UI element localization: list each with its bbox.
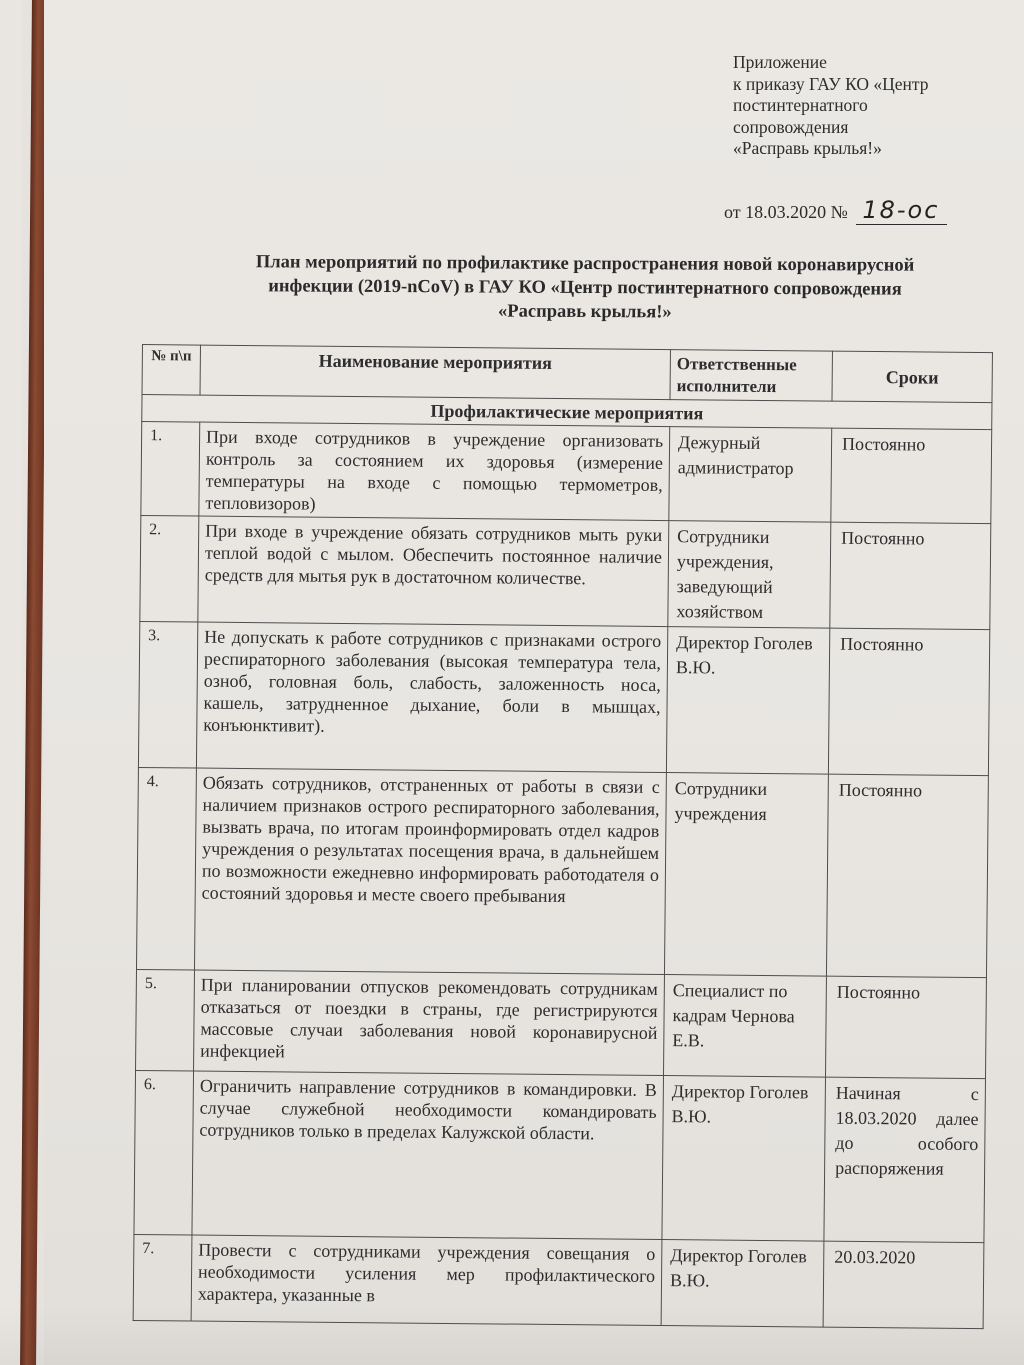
appendix-line: сопровождения [733, 117, 993, 139]
measures-table: № п\п Наименование мероприятия Ответстве… [133, 344, 992, 1329]
header-terms: Сроки [832, 351, 992, 403]
row-number: 4. [136, 767, 196, 970]
row-responsible: Директор Гоголев В.Ю. [661, 1240, 824, 1328]
table-row: 4. Обязать сотрудников, отстраненных от … [136, 767, 988, 977]
row-description: При входе в учреждение обязать сотрудник… [198, 516, 669, 627]
appendix-line: постинтернатного [733, 95, 993, 117]
table-row: 2. При входе в учреждение обязать сотруд… [140, 515, 991, 629]
row-terms: Постоянно [828, 628, 989, 776]
row-terms: 20.03.2020 [823, 1241, 984, 1329]
row-description: Ограничить направление сотрудников в ком… [192, 1071, 664, 1240]
order-date: от 18.03.2020 № [724, 202, 848, 222]
row-responsible: Директор Гоголев В.Ю. [662, 1076, 826, 1242]
row-responsible: Сотрудники учреждения, заведующий хозяйс… [668, 521, 831, 629]
appendix-line: к приказу ГАУ КО «Центр [733, 74, 993, 96]
row-terms: Постоянно [831, 428, 992, 524]
header-name: Наименование мероприятия [200, 345, 670, 400]
table-header-row: № п\п Наименование мероприятия Ответстве… [142, 345, 992, 403]
title-line: «Расправь крылья!» [190, 298, 980, 326]
row-terms: Постоянно [825, 976, 986, 1079]
order-reference: от 18.03.2020 № 18-ос [724, 196, 947, 225]
row-responsible: Дежурный администратор [669, 427, 832, 523]
row-description: Обязать сотрудников, отстраненных от раб… [194, 768, 666, 975]
table-row: 5. При планировании отпусков рекомендова… [136, 969, 987, 1078]
row-description: Не допускать к работе сотрудников с приз… [196, 622, 667, 773]
appendix-line: Приложение [733, 52, 993, 74]
header-responsible: Ответственные исполнители [670, 350, 832, 402]
row-number: 2. [140, 515, 199, 622]
row-terms: Начиная с 18.03.2020 далее до особого ра… [824, 1077, 986, 1243]
row-responsible: Сотрудники учреждения [664, 773, 828, 977]
table-row: 7. Провести с сотрудниками учреждения со… [133, 1234, 984, 1328]
row-responsible: Директор Гоголев В.Ю. [666, 627, 829, 775]
row-number: 7. [133, 1234, 192, 1321]
appendix-header: Приложение к приказу ГАУ КО «Центр пости… [733, 52, 993, 160]
table-row: 3. Не допускать к работе сотрудников с п… [138, 621, 989, 775]
row-responsible: Специалист по кадрам Чернова Е.В. [664, 975, 827, 1078]
header-number: № п\п [142, 345, 200, 396]
row-description: Провести с сотрудниками учреждения совещ… [191, 1235, 662, 1326]
appendix-line: «Расправь крылья!» [733, 138, 993, 160]
background-surface [0, 0, 22, 1365]
row-number: 1. [141, 422, 200, 517]
row-number: 6. [134, 1070, 194, 1235]
table-row: 6. Ограничить направление сотрудников в … [134, 1070, 986, 1242]
row-number: 5. [136, 969, 195, 1071]
row-number: 3. [138, 621, 197, 768]
row-terms: Постоянно [830, 522, 991, 630]
order-number-handwritten: 18-ос [856, 196, 947, 225]
row-description: При планировании отпусков рекомендовать … [194, 970, 665, 1076]
document-title: План мероприятий по профилактике распрос… [190, 250, 980, 326]
row-description: При входе сотрудников в учреждение орган… [199, 422, 670, 521]
table-row: 1. При входе сотрудников в учреждение ор… [141, 422, 992, 524]
row-terms: Постоянно [826, 774, 988, 978]
title-line: инфекции (2019-nCoV) в ГАУ КО «Центр пос… [190, 274, 980, 302]
